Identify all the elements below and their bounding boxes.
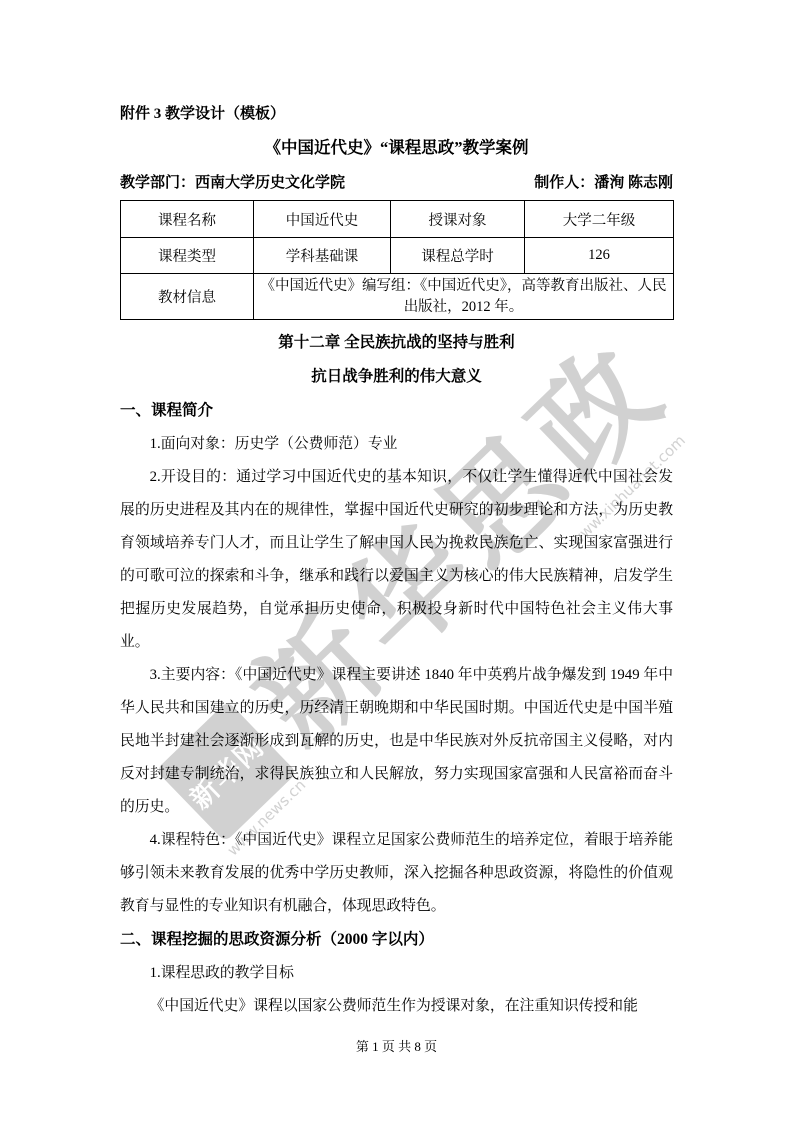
table-cell-course-type-value: 学科基础课 bbox=[254, 238, 391, 274]
table-cell-audience-value: 大学二年级 bbox=[525, 201, 674, 238]
table-cell-audience-label: 授课对象 bbox=[391, 201, 525, 238]
paragraph-course-purpose: 2.开设目的：通过学习中国近代史的基本知识，不仅让学生懂得近代中国社会发展的历史… bbox=[120, 461, 673, 659]
byline: 教学部门：西南大学历史文化学院 制作人：潘洵 陈志刚 bbox=[120, 166, 673, 200]
table-row-textbook: 教材信息 《中国近代史》编写组：《中国近代史》，高等教育出版社、人民出版社，20… bbox=[121, 274, 674, 320]
paragraph-main-content: 3.主要内容：《中国近代史》课程主要讲述 1840 年中英鸦片战争爆发到 194… bbox=[120, 659, 673, 824]
document-page: 新华网 新华思政 www.news.cn www.xinhuanet.com 附… bbox=[0, 0, 793, 1122]
attachment-note: 附件 3 教学设计（模板） bbox=[120, 99, 673, 129]
table-cell-hours-value: 126 bbox=[525, 238, 674, 274]
document-title: 《中国近代史》“课程思政”教学案例 bbox=[120, 129, 673, 166]
table-cell-course-type-label: 课程类型 bbox=[121, 238, 254, 274]
table-row-course-name: 课程名称 中国近代史 授课对象 大学二年级 bbox=[121, 201, 674, 238]
page-number-footer: 第 1 页 共 8 页 bbox=[0, 1036, 793, 1055]
table-cell-textbook-label: 教材信息 bbox=[121, 274, 254, 320]
department-label: 教学部门：西南大学历史文化学院 bbox=[120, 166, 345, 200]
table-cell-textbook-value: 《中国近代史》编写组：《中国近代史》，高等教育出版社、人民出版社，2012 年。 bbox=[254, 274, 674, 320]
chapter-subtitle: 抗日战争胜利的伟大意义 bbox=[120, 360, 673, 394]
section-heading-1: 一、课程简介 bbox=[120, 394, 673, 428]
document-content: 附件 3 教学设计（模板） 《中国近代史》“课程思政”教学案例 教学部门：西南大… bbox=[120, 99, 673, 1023]
paragraph-target-audience: 1.面向对象：历史学（公费师范）专业 bbox=[120, 428, 673, 461]
table-cell-hours-label: 课程总学时 bbox=[391, 238, 525, 274]
section-heading-2: 二、课程挖掘的思政资源分析（2000 字以内） bbox=[120, 923, 673, 957]
paragraph-course-features: 4.课程特色：《中国近代史》课程立足国家公费师范生的培养定位，着眼于培养能够引领… bbox=[120, 824, 673, 923]
paragraph-sizheng-goal-title: 1.课程思政的教学目标 bbox=[120, 957, 673, 990]
chapter-title: 第十二章 全民族抗战的坚持与胜利 bbox=[120, 326, 673, 360]
table-cell-course-name-value: 中国近代史 bbox=[254, 201, 391, 238]
paragraph-sizheng-goal-body: 《中国近代史》课程以国家公费师范生作为授课对象，在注重知识传授和能 bbox=[120, 990, 673, 1023]
table-cell-course-name-label: 课程名称 bbox=[121, 201, 254, 238]
table-row-course-type: 课程类型 学科基础课 课程总学时 126 bbox=[121, 238, 674, 274]
course-info-table: 课程名称 中国近代史 授课对象 大学二年级 课程类型 学科基础课 课程总学时 1… bbox=[120, 200, 674, 320]
author-label: 制作人：潘洵 陈志刚 bbox=[534, 166, 673, 200]
